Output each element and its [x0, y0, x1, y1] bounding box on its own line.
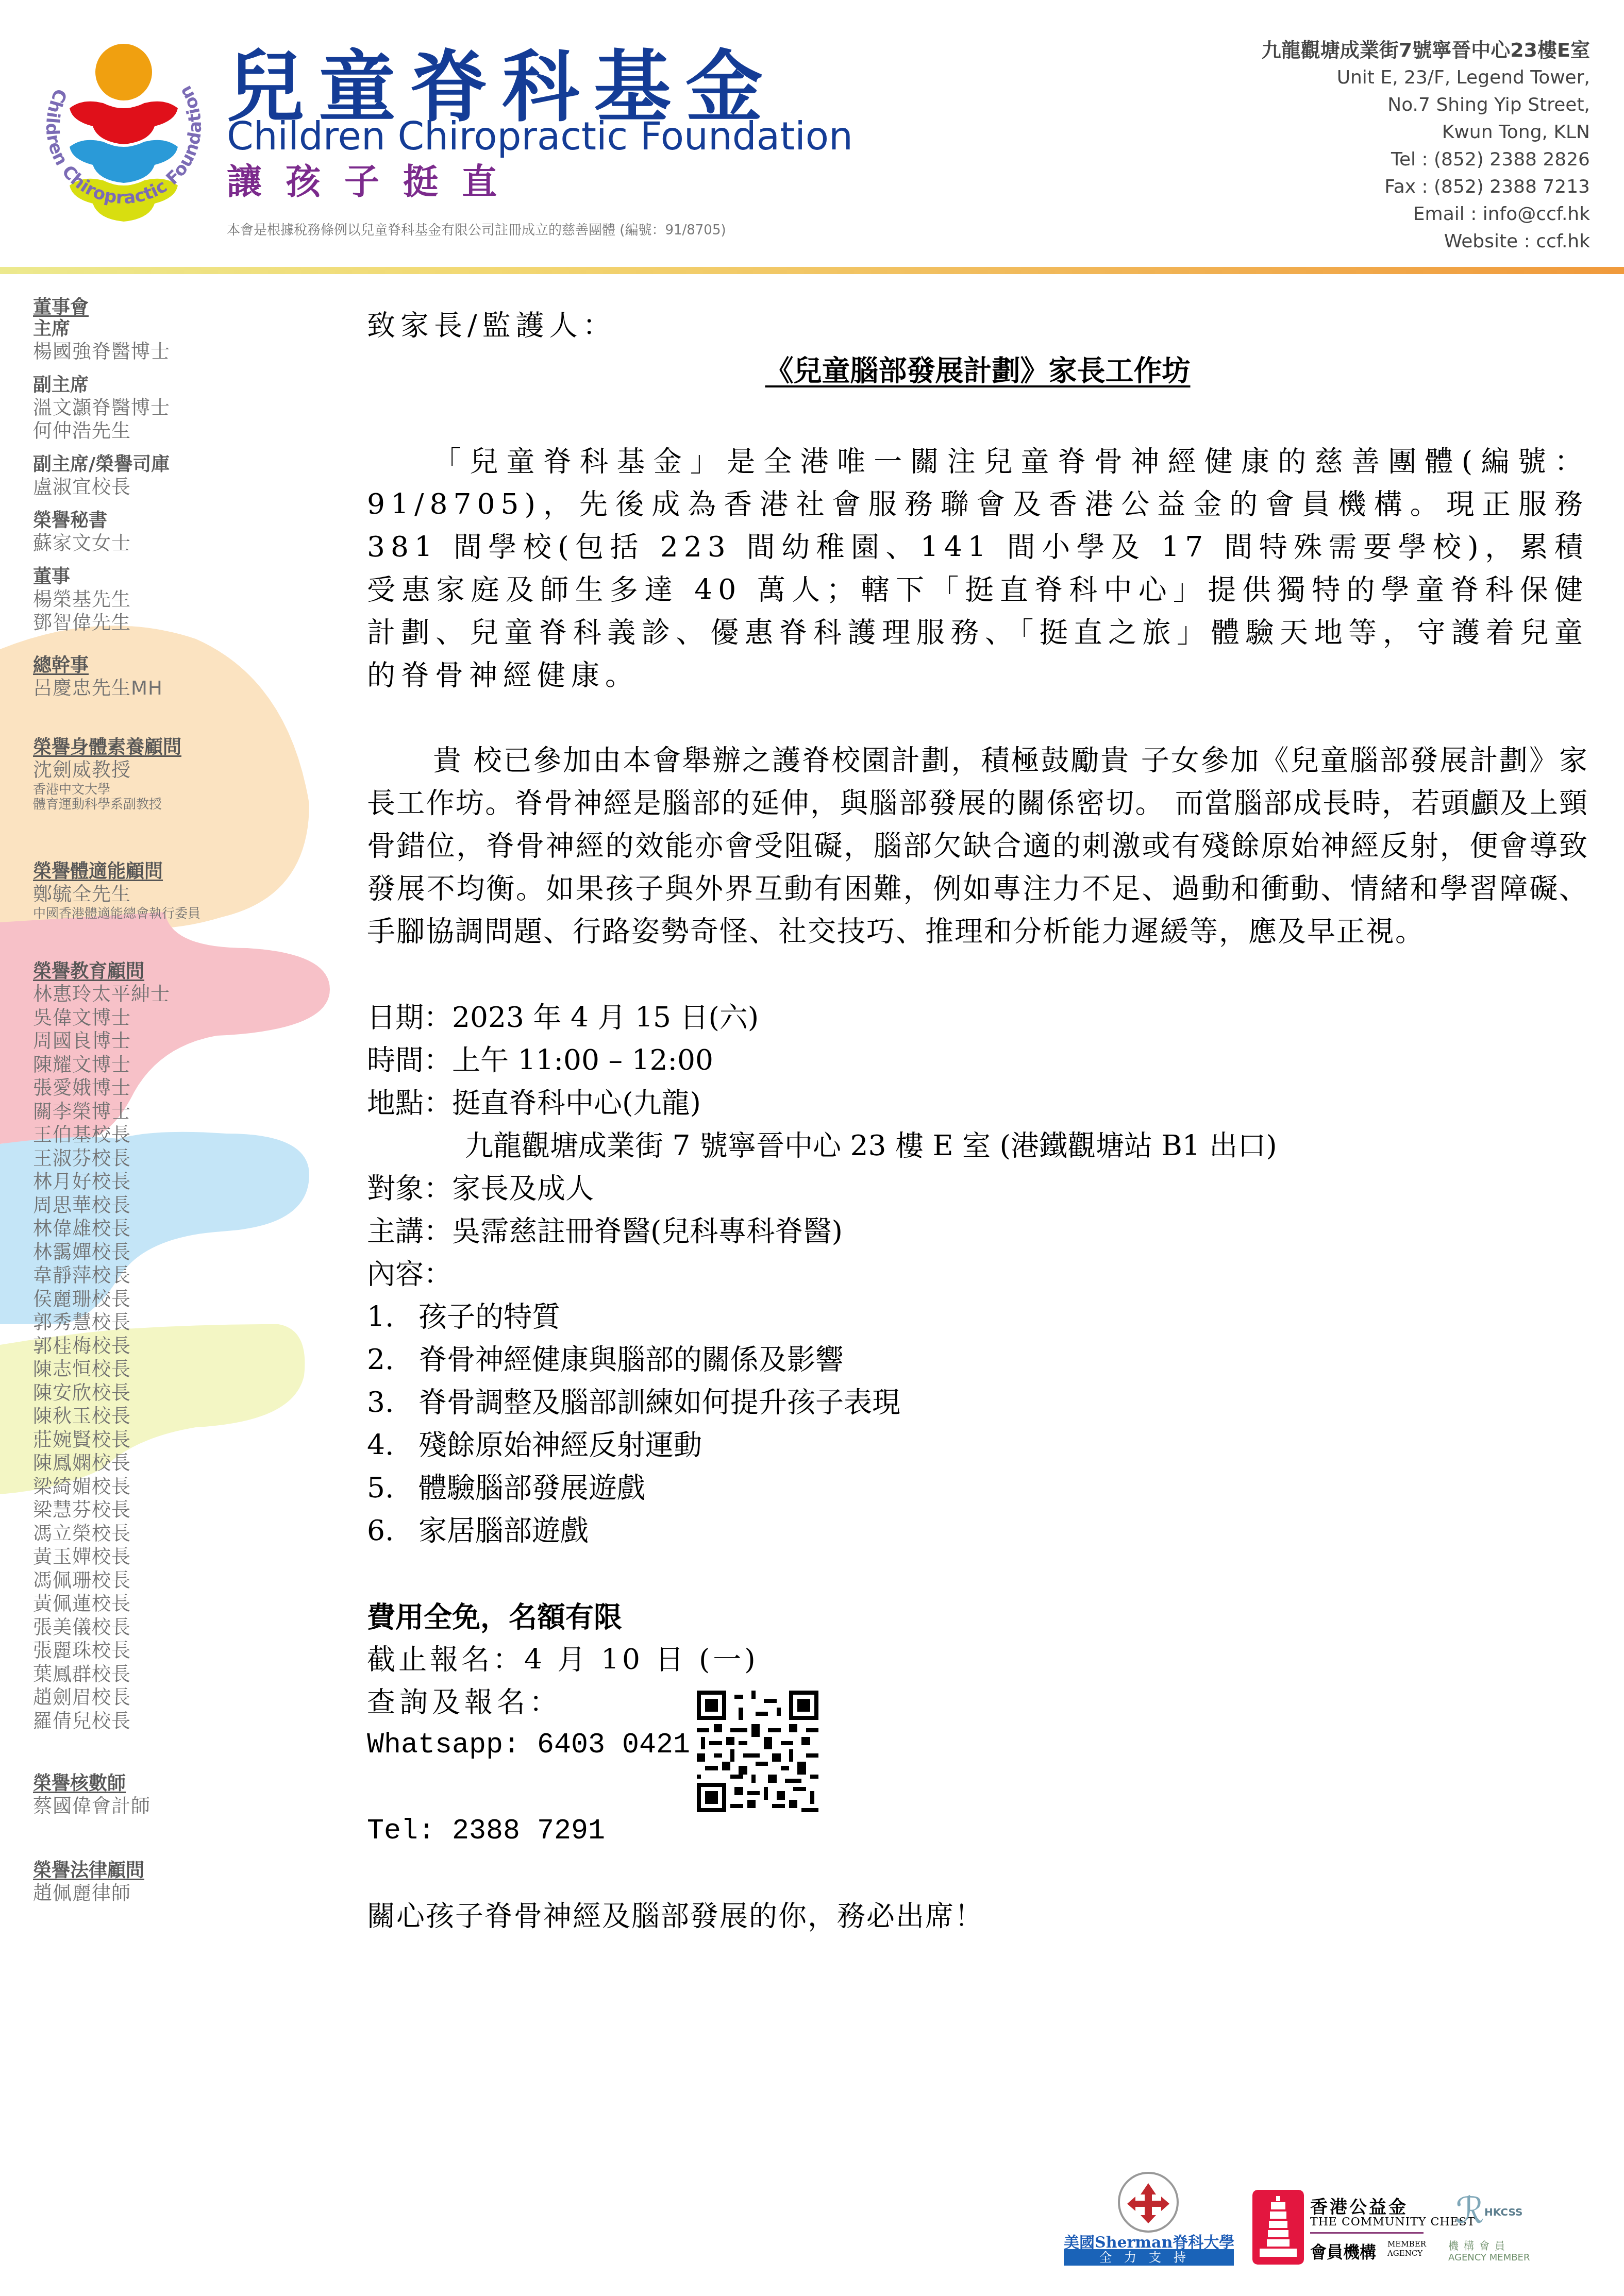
sidebar-content: 董事會 主席 楊國強脊醫博士 副主席 溫文灝脊醫博士 何仲浩先生 副主席/榮譽司… — [33, 297, 200, 1916]
enquiry-label: 查詢及報名： — [367, 1681, 1588, 1724]
legal-advisor-heading: 榮譽法律顧問 — [33, 1860, 200, 1882]
vice-treasurer-heading: 副主席/榮譽司庫 — [33, 454, 200, 476]
svg-text:Children Chiropractic Foundati: Children Chiropractic Foundation — [42, 82, 206, 209]
pagoda-icon — [1252, 2190, 1304, 2265]
education-advisor-name: 張麗珠校長 — [33, 1639, 200, 1663]
time-value: 上午 11:00 – 12:00 — [452, 1043, 713, 1076]
phone-number[interactable]: Tel: 2388 7291 — [367, 1810, 1588, 1852]
date-value: 2023 年 4 月 15 日(六) — [452, 1001, 759, 1034]
community-chest-divider — [1310, 2232, 1424, 2234]
vice-treasurer-name: 盧淑宜校長 — [33, 476, 200, 499]
community-chest-zh: 香港公益金 — [1310, 2193, 1408, 2218]
salutation: 致家長/監護人： — [367, 304, 1588, 347]
education-advisor-name: 郭秀慧校長 — [33, 1311, 200, 1335]
gm-name: 呂慶忠先生MH — [33, 677, 200, 700]
education-advisor-name: 關李榮博士 — [33, 1100, 200, 1124]
venue-label: 地點： — [367, 1086, 452, 1119]
speaker-value: 吳霈慈註冊脊醫(兒科專科脊醫) — [452, 1214, 843, 1247]
hkcss-en: AGENCY MEMBER — [1448, 2252, 1530, 2263]
education-advisor-name: 葉鳳群校長 — [33, 1663, 200, 1686]
fee-note: 費用全免，名額有限 — [367, 1595, 1588, 1638]
contact-info: 九龍觀塘成業街7號寧晉中心23樓E室 Unit E, 23/F, Legend … — [1262, 36, 1590, 255]
physical-advisor-name: 沈劍威教授 — [33, 758, 200, 782]
content-item-text: 脊骨神經健康與腦部的關係及影響 — [418, 1343, 844, 1376]
letter-title: 《兒童腦部發展計劃》家長工作坊 — [367, 349, 1588, 392]
education-advisor-name: 黃玉嬋校長 — [33, 1545, 200, 1569]
event-details: 日期：2023 年 4 月 15 日(六) 時間：上午 11:00 – 12:0… — [367, 996, 1588, 1552]
hkcss-zh: 機構會員 — [1448, 2238, 1510, 2253]
community-chest-member: 會員機構 — [1310, 2239, 1376, 2263]
secretary-name: 蘇家文女士 — [33, 532, 200, 555]
content-item-number: 4. — [367, 1424, 418, 1466]
directors-heading: 董事 — [33, 566, 200, 588]
date-row: 日期：2023 年 4 月 15 日(六) — [367, 996, 1588, 1039]
education-advisor-name: 林月好校長 — [33, 1170, 200, 1194]
time-row: 時間：上午 11:00 – 12:00 — [367, 1039, 1588, 1082]
hkcss-logo: ℛ HKCSS 機構會員 AGENCY MEMBER — [1448, 2192, 1531, 2265]
physical-advisor-note: 體育運動科學系副教授 — [33, 797, 200, 812]
content-item: 1.孩子的特質 — [367, 1295, 1588, 1338]
physical-advisor-note: 香港中文大學 — [33, 782, 200, 797]
education-advisor-name: 吳偉文博士 — [33, 1006, 200, 1030]
education-advisor-name: 郭桂梅校長 — [33, 1335, 200, 1358]
partner-logos: 美國Sherman脊科大學 全力支持 香港公益金 THE COMMUNITY C… — [1057, 2162, 1598, 2275]
education-advisor-name: 周國良博士 — [33, 1029, 200, 1053]
registration-note: 本會是根據稅務條例以兒童脊科基金有限公司註冊成立的慈善團體 (編號：91/870… — [227, 224, 726, 237]
content-item-number: 6. — [367, 1509, 418, 1552]
content-item-text: 殘餘原始神經反射運動 — [418, 1428, 702, 1461]
content-item: 4.殘餘原始神經反射運動 — [367, 1424, 1588, 1466]
education-advisor-name: 莊婉賢校長 — [33, 1428, 200, 1452]
gm-heading: 總幹事 — [33, 655, 200, 677]
content-item-number: 5. — [367, 1466, 418, 1509]
qr-code-icon[interactable] — [697, 1690, 818, 1813]
content-item: 2.脊骨神經健康與腦部的關係及影響 — [367, 1338, 1588, 1381]
website-link[interactable]: Website : ccf.hk — [1262, 228, 1590, 255]
letter-title-text: 《兒童腦部發展計劃》家長工作坊 — [765, 353, 1190, 387]
time-label: 時間： — [367, 1043, 452, 1076]
program-paragraph: 貴 校已參加由本會舉辦之護脊校園計劃，積極鼓勵貴 子女參加《兒童腦部發展計劃》家… — [367, 739, 1588, 953]
auditor-name: 蔡國偉會計師 — [33, 1795, 200, 1818]
education-advisor-name: 張美儀校長 — [33, 1616, 200, 1640]
letter-body: 致家長/監護人： 《兒童腦部發展計劃》家長工作坊 「兒童脊科基金」是全港唯一關注… — [367, 304, 1588, 1937]
community-chest-member-en: MEMBER AGENCY — [1387, 2239, 1424, 2258]
education-advisor-name: 馮立榮校長 — [33, 1522, 200, 1546]
vice-chair-name: 溫文灝脊醫博士 — [33, 396, 200, 419]
education-advisor-heading: 榮譽教育顧問 — [33, 961, 200, 983]
content-item: 6.家居腦部遊戲 — [367, 1509, 1588, 1552]
sidebar-board-list: 董事會 主席 楊國強脊醫博士 副主席 溫文灝脊醫博士 何仲浩先生 副主席/榮譽司… — [0, 289, 330, 2040]
venue-address: 九龍觀塘成業街 7 號寧晉中心 23 樓 E 室 (港鐵觀塘站 B1 出口) — [367, 1124, 1588, 1167]
education-advisor-name: 趙劍眉校長 — [33, 1686, 200, 1710]
fitness-advisor-name: 鄭毓全先生 — [33, 883, 200, 906]
venue-value: 挺直脊科中心(九龍) — [452, 1086, 701, 1119]
closing-remark: 關心孩子脊骨神經及腦部發展的你，務必出席！ — [367, 1895, 1588, 1937]
email-link[interactable]: Email : info@ccf.hk — [1262, 200, 1590, 228]
education-advisor-name: 陳志恒校長 — [33, 1358, 200, 1381]
date-label: 日期： — [367, 1001, 452, 1034]
vice-chair-heading: 副主席 — [33, 375, 200, 396]
intro-paragraph: 「兒童脊科基金」是全港唯一關注兒童脊骨神經健康的慈善團體(編號：91/8705)… — [367, 440, 1588, 697]
sherman-support: 全力支持 — [1064, 2249, 1234, 2266]
education-advisor-name: 侯麗珊校長 — [33, 1288, 200, 1311]
content-item-text: 家居腦部遊戲 — [418, 1514, 589, 1547]
education-advisor-name: 羅倩兒校長 — [33, 1710, 200, 1733]
education-advisor-name: 韋靜萍校長 — [33, 1264, 200, 1288]
content-item-text: 體驗腦部發展遊戲 — [418, 1471, 645, 1504]
address-en-3: Kwun Tong, KLN — [1262, 119, 1590, 146]
foundation-logo-icon: Children Chiropractic Foundation — [21, 31, 227, 237]
vice-chair-name: 何仲浩先生 — [33, 419, 200, 443]
director-name: 鄧智偉先生 — [33, 611, 200, 634]
content-item-text: 脊骨調整及腦部訓練如何提升孩子表現 — [418, 1386, 900, 1419]
content-item-number: 2. — [367, 1338, 418, 1381]
slogan: 讓孩子挺直 — [227, 165, 521, 200]
audience-value: 家長及成人 — [452, 1172, 594, 1205]
sherman-cross-icon — [1120, 2174, 1177, 2231]
education-advisor-name: 林惠玲太平紳士 — [33, 983, 200, 1006]
education-advisor-name: 陳秋玉校長 — [33, 1405, 200, 1428]
auditor-heading: 榮譽核數師 — [33, 1773, 200, 1795]
fitness-advisor-note: 中國香港體適能總會執行委員 — [33, 906, 200, 921]
content-item: 5.體驗腦部發展遊戲 — [367, 1466, 1588, 1509]
address-en-1: Unit E, 23/F, Legend Tower, — [1262, 64, 1590, 91]
secretary-heading: 榮譽秘書 — [33, 510, 200, 532]
hkcss-mark-icon: ℛ — [1455, 2192, 1484, 2229]
audience-label: 對象： — [367, 1172, 452, 1205]
content-item-text: 孩子的特質 — [418, 1300, 560, 1333]
deadline: 截止報名：4 月 10 日 (一) — [367, 1638, 1588, 1681]
education-advisor-name: 王伯基校長 — [33, 1123, 200, 1147]
education-advisor-name: 張愛娥博士 — [33, 1076, 200, 1100]
community-chest-logo: 香港公益金 THE COMMUNITY CHEST 會員機構 MEMBER AG… — [1252, 2190, 1428, 2267]
content-item-number: 3. — [367, 1381, 418, 1424]
education-advisor-name: 林靄嬋校長 — [33, 1241, 200, 1264]
fitness-advisor-heading: 榮譽體適能顧問 — [33, 861, 200, 883]
content-item: 3.脊骨調整及腦部訓練如何提升孩子表現 — [367, 1381, 1588, 1424]
letterhead: Children Chiropractic Foundation 兒童脊科基金 … — [0, 0, 1624, 278]
education-advisor-name: 陳耀文博士 — [33, 1053, 200, 1077]
education-advisor-name: 林偉雄校長 — [33, 1217, 200, 1241]
chair-name: 楊國強脊醫博士 — [33, 340, 200, 363]
content-label: 內容： — [367, 1253, 1588, 1295]
org-name-en: Children Chiropractic Foundation — [227, 117, 853, 156]
venue-row: 地點：挺直脊科中心(九龍) — [367, 1082, 1588, 1124]
education-advisor-name: 周思華校長 — [33, 1194, 200, 1218]
sherman-seal-icon — [1118, 2172, 1179, 2233]
hkcss-text: HKCSS — [1484, 2206, 1522, 2218]
fax: Fax : (852) 2388 7213 — [1262, 173, 1590, 200]
education-advisor-name: 陳鳳嫻校長 — [33, 1451, 200, 1475]
sherman-logo: 美國Sherman脊科大學 全力支持 — [1064, 2172, 1234, 2265]
speaker-label: 主講： — [367, 1214, 452, 1247]
speaker-row: 主講：吳霈慈註冊脊醫(兒科專科脊醫) — [367, 1210, 1588, 1253]
audience-row: 對象：家長及成人 — [367, 1167, 1588, 1210]
physical-advisor-heading: 榮譽身體素養顧問 — [33, 737, 200, 758]
address-en-2: No.7 Shing Yip Street, — [1262, 91, 1590, 119]
director-name: 楊榮基先生 — [33, 588, 200, 611]
whatsapp-number[interactable]: Whatsapp: 6403 0421 — [367, 1724, 1588, 1766]
address-zh: 九龍觀塘成業街7號寧晉中心23樓E室 — [1262, 36, 1590, 64]
education-advisor-name: 梁綺媚校長 — [33, 1475, 200, 1499]
education-advisor-name: 陳安欣校長 — [33, 1381, 200, 1405]
registration-block: 截止報名：4 月 10 日 (一) 查詢及報名： Whatsapp: 6403 … — [367, 1638, 1588, 1766]
tel: Tel : (852) 2388 2826 — [1262, 146, 1590, 173]
content-item-number: 1. — [367, 1295, 418, 1338]
board-heading: 董事會 — [33, 297, 200, 318]
education-advisor-name: 梁慧芬校長 — [33, 1498, 200, 1522]
chair-heading: 主席 — [33, 318, 200, 340]
education-advisor-name: 黃佩蓮校長 — [33, 1592, 200, 1616]
education-advisor-name: 王淑芬校長 — [33, 1147, 200, 1171]
education-advisor-name: 馮佩珊校長 — [33, 1569, 200, 1593]
header-divider — [0, 267, 1624, 274]
legal-advisor-name: 趙佩麗律師 — [33, 1882, 200, 1905]
